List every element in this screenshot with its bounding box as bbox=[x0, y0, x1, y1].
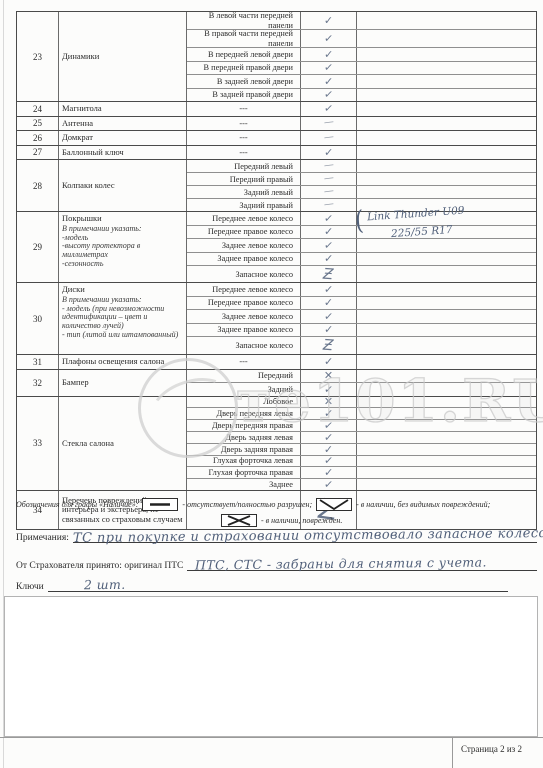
notes-handwriting: ТС при покупке и страховании отсутствова… bbox=[73, 525, 543, 546]
sub-rows: Передний✕Задний✓ bbox=[187, 370, 536, 396]
sub-row: Заднее✓ bbox=[187, 478, 536, 490]
sub-label: Задний правый bbox=[187, 199, 301, 211]
sub-label: Передний bbox=[187, 370, 301, 383]
sub-rows: ---— bbox=[187, 117, 536, 131]
presence-mark-check: ✓ bbox=[324, 226, 334, 237]
sub-row: ---✓ bbox=[187, 102, 536, 116]
sub-label: Дверь задняя правая bbox=[187, 444, 301, 455]
presence-cell: — bbox=[301, 131, 357, 145]
sub-label: Передний правый bbox=[187, 173, 301, 185]
note-annotation: 225/55 R17 bbox=[391, 223, 453, 239]
sub-row: Заднее левое колесо✓ bbox=[187, 309, 536, 323]
sub-label: Заднее bbox=[187, 479, 301, 490]
row-number: 30 bbox=[17, 283, 59, 354]
presence-mark-check: ✓ bbox=[323, 383, 333, 395]
row-name-text: Баллонный ключ bbox=[62, 148, 124, 158]
sub-label: --- bbox=[187, 117, 301, 131]
legend-check-text: - в наличии, без видимых повреждений; bbox=[356, 500, 490, 509]
sub-label: Задний bbox=[187, 383, 301, 396]
sub-label: Заднее левое колесо bbox=[187, 310, 301, 323]
empty-remarks-box bbox=[4, 596, 538, 737]
sub-label: Запасное колесо bbox=[187, 337, 301, 354]
sub-label: Дверь задняя левая bbox=[187, 432, 301, 443]
row-note: В примечании указать: - модель (при нево… bbox=[62, 296, 183, 341]
legend-row-2: - в наличии, поврежден. bbox=[221, 514, 537, 527]
row-name: Антенна bbox=[59, 117, 187, 131]
sub-label: Заднее правое колесо bbox=[187, 253, 301, 266]
row-name: Стекла салона bbox=[59, 397, 187, 490]
sub-row: В передней левой двери✓ bbox=[187, 47, 536, 61]
row-number: 31 bbox=[17, 355, 59, 369]
sub-label: Заднее правое колесо bbox=[187, 324, 301, 337]
table-row: 24Магнитола---✓ bbox=[17, 101, 536, 116]
row-name: Динамики bbox=[59, 12, 187, 101]
sub-label: Лобовое bbox=[187, 397, 301, 408]
presence-cell: ✓ bbox=[301, 456, 357, 467]
presence-cell: ✓ bbox=[301, 75, 357, 88]
presence-mark-check: ✓ bbox=[323, 89, 333, 101]
presence-mark-check: ✓ bbox=[324, 284, 334, 296]
note-cell bbox=[357, 146, 536, 160]
note-cell bbox=[357, 383, 536, 396]
presence-cell: ✓ bbox=[301, 62, 357, 75]
sub-rows: В левой части передней панели✓В правой ч… bbox=[187, 12, 536, 101]
sub-label: В правой части передней панели bbox=[187, 30, 301, 47]
insurer-handwriting: ПТС, СТС - забраны для снятия с учета. bbox=[195, 554, 487, 572]
note-cell bbox=[357, 467, 536, 478]
presence-mark-check: ✓ bbox=[324, 147, 333, 158]
insurer-label: От Страхователя принято: оригинал ПТС bbox=[16, 561, 183, 571]
row-number: 27 bbox=[17, 146, 59, 160]
presence-cell: — bbox=[301, 173, 357, 185]
legend-dash-text: - отсутствует/полностью разрушен; bbox=[182, 500, 312, 509]
keys-label: Ключи bbox=[16, 582, 44, 592]
note-cell bbox=[357, 30, 536, 47]
row-name: Плафоны освещения салона bbox=[59, 355, 187, 369]
presence-cell: — bbox=[301, 186, 357, 198]
row-number: 23 bbox=[17, 12, 59, 101]
note-cell bbox=[357, 102, 536, 116]
table-row: 32БамперПередний✕Задний✓ bbox=[17, 369, 536, 396]
note-cell bbox=[357, 12, 536, 29]
sub-row: Задний✓ bbox=[187, 382, 536, 396]
scanned-inspection-form: 23ДинамикиВ левой части передней панели✓… bbox=[0, 0, 543, 768]
note-cell bbox=[357, 160, 536, 172]
keys-underline: 2 шт. bbox=[48, 577, 508, 592]
note-cell bbox=[357, 355, 536, 369]
sub-rows: ---✓ bbox=[187, 355, 536, 369]
row-name-text: Плафоны освещения салона bbox=[62, 357, 164, 367]
row-name-text: Бампер bbox=[62, 378, 89, 388]
sub-label: Передний левый bbox=[187, 160, 301, 172]
sub-rows: Переднее левое колесо✓Переднее правое ко… bbox=[187, 283, 536, 354]
sub-label: Задний левый bbox=[187, 186, 301, 198]
presence-mark-z: Ƶ bbox=[323, 266, 334, 282]
row-name: Магнитола bbox=[59, 102, 187, 116]
note-cell bbox=[357, 253, 536, 266]
keys-line: Ключи 2 шт. bbox=[16, 577, 537, 592]
sub-label: Переднее правое колесо bbox=[187, 226, 301, 239]
sub-row: ---— bbox=[187, 131, 536, 145]
presence-cell: ✓ bbox=[301, 226, 357, 239]
presence-cell: ✓ bbox=[301, 283, 357, 296]
table-row: 30ДискиВ примечании указать: - модель (п… bbox=[17, 282, 536, 354]
sub-label: --- bbox=[187, 355, 301, 369]
sub-label: В левой части передней панели bbox=[187, 12, 301, 29]
presence-cell: ✓ bbox=[301, 444, 357, 455]
note-cell bbox=[357, 173, 536, 185]
row-name-text: Магнитола bbox=[62, 104, 102, 114]
sub-row: Заднее правое колесо✓ bbox=[187, 252, 536, 266]
presence-cell: ✓ bbox=[301, 102, 357, 116]
sub-row: Дверь передняя правая✓ bbox=[187, 419, 536, 431]
sub-row: Заднее правое колесо✓ bbox=[187, 323, 536, 337]
sub-row: В задней левой двери✓ bbox=[187, 74, 536, 88]
note-cell bbox=[357, 266, 536, 282]
note-cell bbox=[357, 456, 536, 467]
presence-mark-check: ✓ bbox=[324, 76, 334, 87]
row-name: Баллонный ключ bbox=[59, 146, 187, 160]
sub-label: Глухая форточка левая bbox=[187, 456, 301, 467]
presence-cell: ✓ bbox=[301, 30, 357, 47]
table-row: 28Колпаки колесПередний левый—Передний п… bbox=[17, 159, 536, 211]
sub-row: Задний левый— bbox=[187, 185, 536, 198]
row-name: ДискиВ примечании указать: - модель (при… bbox=[59, 283, 187, 354]
row-name-text: Колпаки колес bbox=[62, 181, 115, 191]
sub-label: Переднее правое колесо bbox=[187, 297, 301, 310]
note-cell bbox=[357, 397, 536, 408]
sub-row: Переднее правое колесо✓225/55 R17 bbox=[187, 225, 536, 239]
legend-check-box-icon bbox=[316, 498, 352, 511]
note-cell bbox=[357, 310, 536, 323]
presence-mark-check: ✓ bbox=[324, 432, 334, 444]
sub-label: --- bbox=[187, 102, 301, 116]
sub-row: Глухая форточка левая✓ bbox=[187, 455, 536, 467]
sub-label: Заднее левое колесо bbox=[187, 239, 301, 252]
presence-mark-z: Ƶ bbox=[323, 338, 334, 354]
presence-mark-check: ✓ bbox=[323, 103, 333, 115]
insurer-line: От Страхователя принято: оригинал ПТС ПТ… bbox=[16, 556, 537, 571]
row-name-text: Покрышки bbox=[62, 214, 183, 224]
table-row: 29ПокрышкиВ примечании указать: -модель … bbox=[17, 211, 536, 282]
sub-label: В задней левой двери bbox=[187, 75, 301, 88]
sub-label: Дверь передняя правая bbox=[187, 420, 301, 431]
row-number: 29 bbox=[17, 212, 59, 282]
note-cell bbox=[357, 117, 536, 131]
note-cell bbox=[357, 283, 536, 296]
note-cell bbox=[357, 186, 536, 198]
keys-handwriting: 2 шт. bbox=[84, 577, 126, 592]
table-row: 26Домкрат---— bbox=[17, 130, 536, 145]
insurer-underline: ПТС, СТС - забраны для снятия с учета. bbox=[187, 556, 537, 571]
presence-cell: — bbox=[301, 160, 357, 172]
sub-row: Глухая форточка правая✓ bbox=[187, 466, 536, 478]
row-name-text: Диски bbox=[62, 285, 183, 295]
note-cell bbox=[357, 131, 536, 145]
row-name-text: Домкрат bbox=[62, 133, 93, 143]
presence-mark-cross: ✕ bbox=[324, 370, 333, 381]
note-cell bbox=[357, 408, 536, 419]
presence-cell: ✓ bbox=[301, 467, 357, 478]
presence-cell: ✓ bbox=[301, 383, 357, 396]
note-cell bbox=[357, 75, 536, 88]
sub-row: В левой части передней панели✓ bbox=[187, 12, 536, 29]
note-cell bbox=[357, 420, 536, 431]
table-row: 25Антенна---— bbox=[17, 116, 536, 131]
row-name-text: Стекла салона bbox=[62, 439, 114, 449]
legend-row-1: Обозначения для графы «Наличие»: - отсут… bbox=[16, 498, 537, 511]
presence-cell: ✕ bbox=[301, 370, 357, 383]
note-cell: (Link Thunder U09 bbox=[357, 212, 536, 225]
presence-mark-dash: — bbox=[323, 199, 334, 210]
presence-legend: Обозначения для графы «Наличие»: - отсут… bbox=[16, 498, 537, 527]
presence-mark-check: ✓ bbox=[323, 212, 333, 224]
presence-mark-check: ✓ bbox=[324, 356, 334, 367]
presence-cell: ✕ bbox=[301, 397, 357, 408]
sub-label: В передней правой двери bbox=[187, 62, 301, 75]
presence-cell: ✓ bbox=[301, 479, 357, 490]
table-row: 31Плафоны освещения салона---✓ bbox=[17, 354, 536, 369]
presence-mark-check: ✓ bbox=[323, 33, 333, 45]
row-name-text: Динамики bbox=[62, 52, 99, 62]
sub-row: ---— bbox=[187, 117, 536, 131]
presence-cell: ✓ bbox=[301, 12, 357, 29]
row-name: Домкрат bbox=[59, 131, 187, 145]
note-cell bbox=[357, 370, 536, 383]
presence-mark-check: ✓ bbox=[324, 15, 333, 26]
sub-rows: Лобовое✕Дверь передняя левая✓Дверь перед… bbox=[187, 397, 536, 490]
sub-label: Переднее левое колесо bbox=[187, 212, 301, 225]
row-number: 32 bbox=[17, 370, 59, 396]
sub-row: Заднее левое колесо✓ bbox=[187, 238, 536, 252]
sub-row: ---✓ bbox=[187, 146, 536, 160]
row-number: 33 bbox=[17, 397, 59, 490]
page-number: Страница 2 из 2 bbox=[461, 744, 522, 754]
legend-prefix: Обозначения для графы «Наличие»: bbox=[16, 500, 138, 509]
notes-label: Примечания: bbox=[16, 533, 69, 543]
note-cell bbox=[357, 239, 536, 252]
presence-cell: ✓ bbox=[301, 253, 357, 266]
sub-row: Дверь передняя левая✓ bbox=[187, 407, 536, 419]
sub-row: Переднее левое колесо✓(Link Thunder U09 bbox=[187, 212, 536, 225]
sub-row: ---✓ bbox=[187, 355, 536, 369]
presence-cell: ✓ bbox=[301, 89, 357, 102]
presence-cell: ✓ bbox=[301, 420, 357, 431]
presence-cell: ✓ bbox=[301, 212, 357, 225]
note-cell: 225/55 R17 bbox=[357, 226, 536, 239]
presence-mark-check: ✓ bbox=[324, 253, 334, 264]
row-name-text: Антенна bbox=[62, 119, 93, 129]
row-number: 25 bbox=[17, 117, 59, 131]
presence-cell: ✓ bbox=[301, 408, 357, 419]
sub-rows: Передний левый—Передний правый—Задний ле… bbox=[187, 160, 536, 211]
row-number: 26 bbox=[17, 131, 59, 145]
note-cell bbox=[357, 62, 536, 75]
presence-cell: Ƶ bbox=[301, 337, 357, 354]
sub-rows: Переднее левое колесо✓(Link Thunder U09П… bbox=[187, 212, 536, 282]
presence-cell: ✓ bbox=[301, 239, 357, 252]
note-cell bbox=[357, 297, 536, 310]
presence-mark-check: ✓ bbox=[324, 324, 333, 335]
notes-line: Примечания: ТС при покупке и страховании… bbox=[16, 528, 537, 543]
presence-cell: — bbox=[301, 117, 357, 131]
footer-divider bbox=[452, 738, 453, 768]
presence-cell: ✓ bbox=[301, 310, 357, 323]
sub-row: В задней правой двери✓ bbox=[187, 88, 536, 102]
legend-cross-box-icon bbox=[221, 514, 257, 527]
presence-mark-check: ✓ bbox=[323, 239, 333, 251]
sub-label: --- bbox=[187, 131, 301, 145]
note-cell bbox=[357, 432, 536, 443]
inspection-table: 23ДинамикиВ левой части передней панели✓… bbox=[16, 11, 537, 530]
table-row: 33Стекла салонаЛобовое✕Дверь передняя ле… bbox=[17, 396, 536, 490]
sub-row: Дверь задняя левая✓ bbox=[187, 431, 536, 443]
presence-mark-check: ✓ bbox=[324, 297, 333, 308]
presence-mark-dash: — bbox=[323, 118, 334, 129]
row-note: В примечании указать: -модель -высоту пр… bbox=[62, 225, 183, 270]
sub-row: Передний✕ bbox=[187, 370, 536, 383]
presence-cell: Ƶ bbox=[301, 266, 357, 282]
row-name: ПокрышкиВ примечании указать: -модель -в… bbox=[59, 212, 187, 282]
sub-row: Передний правый— bbox=[187, 172, 536, 185]
sub-rows: ---— bbox=[187, 131, 536, 145]
note-cell bbox=[357, 48, 536, 61]
sub-row: Дверь задняя правая✓ bbox=[187, 443, 536, 455]
presence-mark-check: ✓ bbox=[324, 49, 333, 60]
sub-rows: ---✓ bbox=[187, 146, 536, 160]
sub-row: Переднее левое колесо✓ bbox=[187, 283, 536, 296]
sub-row: Переднее правое колесо✓ bbox=[187, 296, 536, 310]
sub-label: В передней левой двери bbox=[187, 48, 301, 61]
presence-mark-dash: — bbox=[323, 186, 334, 197]
presence-cell: ✓ bbox=[301, 48, 357, 61]
presence-cell: ✓ bbox=[301, 146, 357, 160]
table-row: 23ДинамикиВ левой части передней панели✓… bbox=[17, 12, 536, 101]
sub-label: Глухая форточка правая bbox=[187, 467, 301, 478]
presence-cell: ✓ bbox=[301, 355, 357, 369]
page-footer: Страница 2 из 2 bbox=[0, 737, 543, 768]
note-cell bbox=[357, 479, 536, 490]
presence-mark-dash: — bbox=[323, 173, 334, 184]
sub-row: Запасное колесоƵ bbox=[187, 265, 536, 282]
note-cell bbox=[357, 324, 536, 337]
sub-row: В передней правой двери✓ bbox=[187, 61, 536, 75]
sub-row: В правой части передней панели✓ bbox=[187, 29, 536, 47]
table-row: 27Баллонный ключ---✓ bbox=[17, 145, 536, 160]
sub-row: Передний левый— bbox=[187, 160, 536, 172]
presence-cell: ✓ bbox=[301, 432, 357, 443]
row-number: 24 bbox=[17, 102, 59, 116]
row-number: 28 bbox=[17, 160, 59, 211]
presence-cell: ✓ bbox=[301, 324, 357, 337]
presence-mark-check: ✓ bbox=[323, 310, 333, 322]
row-name: Бампер bbox=[59, 370, 187, 396]
note-cell bbox=[357, 89, 536, 102]
sub-label: Запасное колесо bbox=[187, 266, 301, 282]
sub-label: --- bbox=[187, 146, 301, 160]
note-cell bbox=[357, 444, 536, 455]
presence-mark-dash: — bbox=[323, 132, 334, 143]
sub-label: Переднее левое колесо bbox=[187, 283, 301, 296]
presence-mark-check: ✓ bbox=[323, 62, 333, 74]
row-name: Колпаки колес bbox=[59, 160, 187, 211]
presence-mark-dash: — bbox=[323, 160, 334, 171]
sub-rows: ---✓ bbox=[187, 102, 536, 116]
sub-row: Лобовое✕ bbox=[187, 397, 536, 408]
sub-label: Дверь передняя левая bbox=[187, 408, 301, 419]
notes-underline: ТС при покупке и страховании отсутствова… bbox=[73, 528, 537, 543]
presence-mark-check: ✓ bbox=[323, 479, 333, 491]
legend-dash-box-icon bbox=[142, 498, 178, 511]
sub-label: В задней правой двери bbox=[187, 89, 301, 102]
legend-cross-text: - в наличии, поврежден. bbox=[261, 516, 342, 525]
presence-cell: ✓ bbox=[301, 297, 357, 310]
note-cell bbox=[357, 337, 536, 354]
sub-row: Запасное колесоƵ bbox=[187, 336, 536, 354]
presence-cell: — bbox=[301, 199, 357, 211]
